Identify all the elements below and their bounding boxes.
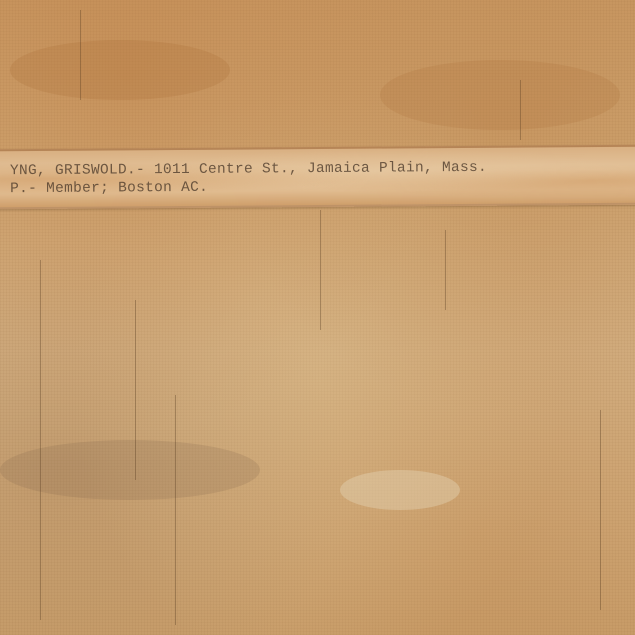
stain bbox=[10, 40, 230, 100]
canvas-crack bbox=[320, 210, 321, 330]
canvas-crack bbox=[40, 260, 41, 620]
canvas-crack bbox=[600, 410, 601, 610]
canvas-crack bbox=[445, 230, 446, 310]
canvas-crack bbox=[135, 300, 136, 480]
canvas-crack bbox=[80, 10, 81, 100]
canvas-crack bbox=[520, 80, 521, 140]
canvas-crack bbox=[175, 395, 176, 625]
label-line-address: YNG, GRISWOLD.- 1011 Centre St., Jamaica… bbox=[10, 160, 487, 179]
stain bbox=[0, 440, 260, 500]
typed-label: YNG, GRISWOLD.- 1011 Centre St., Jamaica… bbox=[0, 145, 635, 210]
label-line-membership: P.- Member; Boston AC. bbox=[10, 180, 208, 197]
stain bbox=[340, 470, 460, 510]
stain bbox=[380, 60, 620, 130]
canvas-back: YNG, GRISWOLD.- 1011 Centre St., Jamaica… bbox=[0, 0, 635, 635]
